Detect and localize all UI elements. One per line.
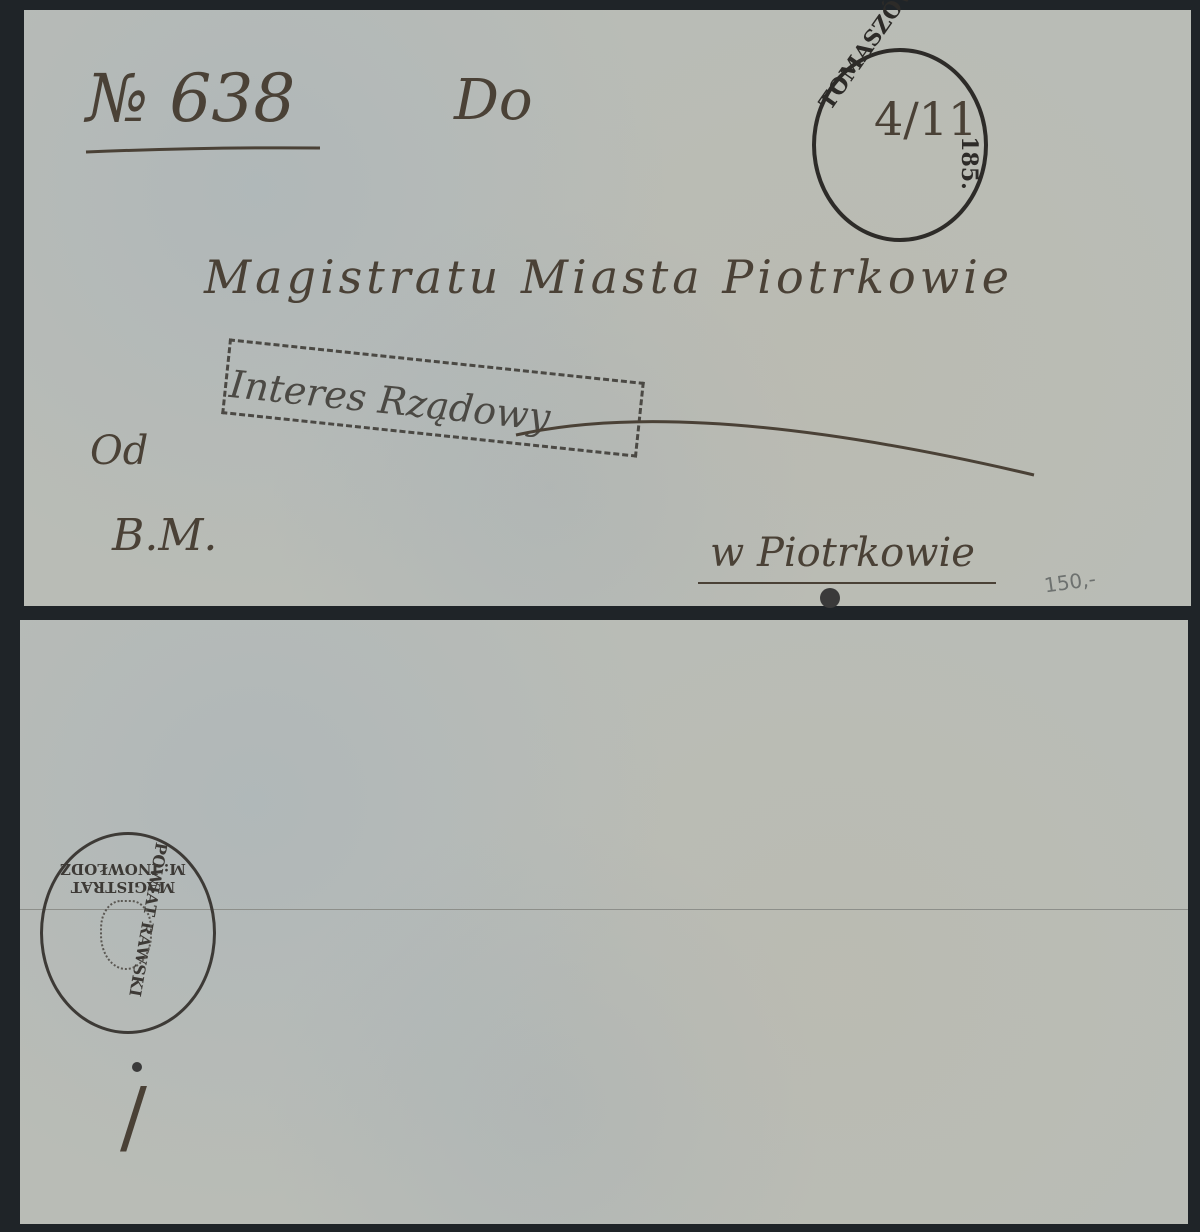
salutation-flourish: Do bbox=[454, 68, 533, 133]
number-underline bbox=[84, 145, 324, 155]
registry-number: № 638 bbox=[86, 60, 295, 137]
note-initials: B.M. bbox=[112, 510, 217, 561]
back-ink-dot bbox=[132, 1062, 142, 1072]
cover-front: № 638 Do TOMASZÓW R. 4/11 185. Magistrat… bbox=[24, 10, 1191, 606]
seal-inner-text: MAGISTRAT M: INOWŁODZ bbox=[58, 860, 188, 896]
address-underline-stroke bbox=[514, 405, 1044, 480]
destination: w Piotrkowie bbox=[710, 530, 975, 576]
back-pen-mark: / bbox=[120, 1070, 147, 1163]
pencil-price-note: 150,- bbox=[1043, 567, 1098, 598]
ink-blot bbox=[820, 588, 840, 608]
destination-underline bbox=[696, 580, 1006, 586]
postmark-year: 185. bbox=[956, 136, 982, 190]
address-line: Magistratu Miasta Piotrkowie bbox=[204, 250, 1013, 304]
seal-coat-of-arms bbox=[100, 900, 152, 970]
cover-back: POWIAT RAWSKI MAGISTRAT M: INOWŁODZ / bbox=[20, 620, 1188, 1224]
note-od: Od bbox=[90, 428, 148, 474]
